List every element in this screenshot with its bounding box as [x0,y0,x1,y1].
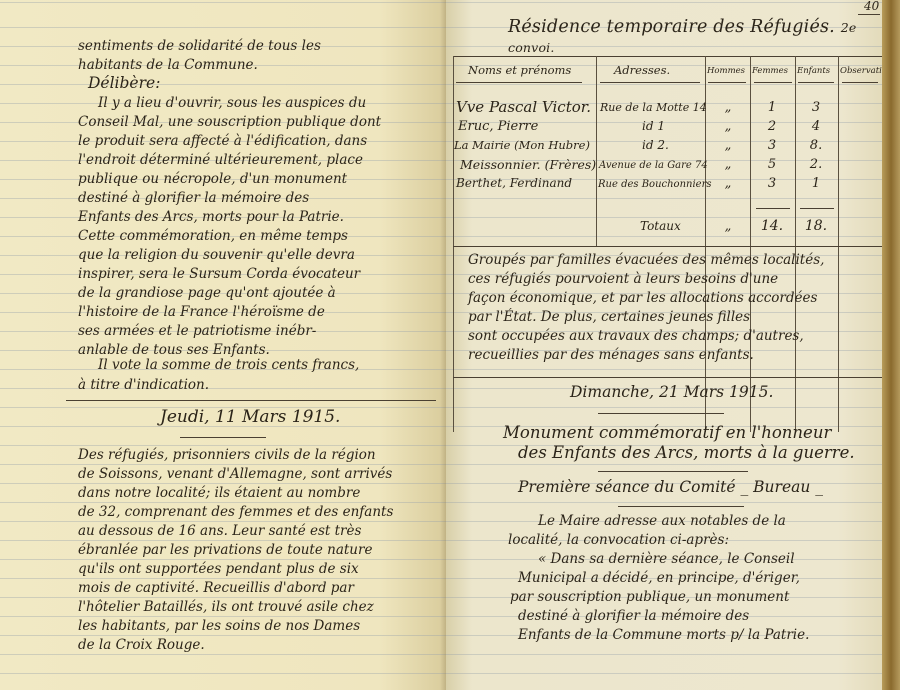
table-bottom-rule [453,246,882,247]
text-line: ébranlée par les privations de toute nat… [78,541,372,560]
page-number-underline [858,14,880,15]
text-line: Enfants des Arcs, morts pour la Patrie. [78,208,344,227]
text-line: l'hôtelier Bataillés, ils ont trouvé asi… [78,598,374,617]
text-line: Cette commémoration, en même temps [78,227,348,246]
text-line: Conseil Mal, une souscription publique d… [78,113,381,132]
right-page: 40 Résidence temporaire des Réfugiés. 2e… [446,0,882,690]
date-heading: Jeudi, 11 Mars 1915. [160,407,340,427]
text-line: de la Croix Rouge. [78,636,205,655]
header-underline [754,82,792,83]
text-line: de 32, comprenant des femmes et des enfa… [78,503,393,522]
table-top-rule [453,56,882,57]
header-underline [600,82,700,83]
column-divider [750,56,751,432]
cell-address: Avenue de la Gare 74 [599,156,708,175]
book-edge [882,0,900,690]
deliberation-heading: Délibère: [88,74,160,93]
text-line: l'endroit déterminé ultérieurement, plac… [78,151,363,170]
text-line: à titre d'indication. [78,376,209,395]
header-underline [708,82,746,83]
cell-address: Rue de la Motte 14 [600,98,707,117]
cell-name: Berthet, Ferdinand [456,174,572,193]
text-line: destiné à glorifier la mémoire des [78,189,309,208]
text-line: dans notre localité; ils étaient au nomb… [78,484,360,503]
cell-children: 3 [796,98,836,117]
text-line: l'histoire de la France l'héroïsme de [78,303,325,322]
text-line: Il vote la somme de trois cents francs, [98,356,359,375]
text-line: que la religion du souvenir qu'elle devr… [78,246,355,265]
column-divider [596,56,597,246]
cell-women: 5 [752,155,792,174]
subsection-underline [618,506,744,507]
cell-address: id 2. [642,136,669,155]
text-line: par souscription publique, un monument [510,588,789,607]
text-line: Le Maire adresse aux notables de la [538,512,786,531]
cell-men: „ [708,155,748,174]
column-header-addresses: Adresses. [614,63,670,77]
column-header-names: Noms et prénoms [468,63,571,77]
cell-address: id 1 [642,117,665,136]
text-line: les habitants, par les soins de nos Dame… [78,617,360,636]
total-men: „ [708,217,748,236]
text-line: habitants de la Commune. [78,56,258,75]
text-line: le produit sera affecté à l'édification,… [78,132,367,151]
total-children: 18. [796,217,836,236]
section-title-line: des Enfants des Arcs, morts à la guerre. [518,443,855,462]
column-header-women: Femmes [752,66,788,76]
table-left-border [453,56,454,432]
text-line: ses armées et le patriotisme inébr- [78,322,316,341]
text-line: destiné à glorifier la mémoire des [518,607,749,626]
cell-name: Vve Pascal Victor. [456,98,591,117]
page-title: Résidence temporaire des Réfugiés. 2e co… [508,17,882,57]
text-line: Enfants de la Commune morts p/ la Patrie… [518,626,809,645]
cell-address: Rue des Bouchonniers [598,175,711,194]
text-line: inspirer, sera le Sursum Corda évocateur [78,265,360,284]
cell-men: „ [708,136,748,155]
cell-name: Eruc, Pierre [458,117,538,136]
text-line: sentiments de solidarité de tous les [78,37,321,56]
sum-line [756,208,790,209]
cell-children: 2. [796,155,836,174]
text-line: par l'État. De plus, certaines jeunes fi… [468,308,750,327]
date-underline [598,413,724,414]
date-heading: Dimanche, 21 Mars 1915. [570,383,773,401]
cell-name: Meissonnier. (Frères) [460,155,596,174]
section-divider [66,400,436,401]
sum-line [800,208,834,209]
text-line: sont occupées aux travaux des champs; d'… [468,327,804,346]
text-line: « Dans sa dernière séance, le Conseil [538,550,795,569]
totals-label: Totaux [640,217,681,236]
text-line: Il y a lieu d'ouvrir, sous les auspices … [98,94,366,113]
cell-name: La Mairie (Mon Hubre) [454,136,590,155]
cell-men: „ [708,98,748,117]
text-line: mois de captivité. Recueillis d'abord pa… [78,579,354,598]
header-underline [456,82,582,83]
total-women: 14. [752,217,792,236]
cell-women: 3 [752,174,792,193]
text-line: façon économique, et par les allocations… [468,289,817,308]
column-divider [838,56,839,432]
header-underline [798,82,834,83]
cell-children: 1 [796,174,836,193]
left-page: sentiments de solidarité de tous les hab… [0,0,446,690]
cell-women: 1 [752,98,792,117]
header-underline [842,82,878,83]
text-line: publique ou nécropole, d'un monument [78,170,347,189]
column-header-observations: Observations [840,66,882,76]
text-line: localité, la convocation ci-après: [508,531,729,550]
remarks-bottom-rule [453,377,882,378]
title-text: Résidence temporaire des Réfugiés. [508,17,835,37]
cell-men: „ [708,117,748,136]
text-line: de la grandiose page qu'ont ajoutée à [78,284,336,303]
page-number: 40 [864,0,879,13]
column-header-children: Enfants [797,66,830,76]
cell-women: 2 [752,117,792,136]
section-title-line: Monument commémoratif en l'honneur [503,423,831,442]
text-line: recueillies par des ménages sans enfants… [468,346,754,365]
text-line: Municipal a décidé, en principe, d'érige… [518,569,800,588]
cell-women: 3 [752,136,792,155]
title-underline [598,471,748,472]
column-header-men: Hommes [707,66,745,76]
date-underline [180,437,266,438]
cell-children: 4 [796,117,836,136]
subsection-title: Première séance du Comité _ Bureau _ [518,478,823,496]
text-line: de Soissons, venant d'Allemagne, sont ar… [78,465,392,484]
text-line: au dessous de 16 ans. Leur santé est trè… [78,522,361,541]
text-line: qu'ils ont supportées pendant plus de si… [78,560,359,579]
cell-men: „ [708,174,748,193]
text-line: ces réfugiés pourvoient à leurs besoins … [468,270,778,289]
text-line: Des réfugiés, prisonniers civils de la r… [78,446,376,465]
cell-children: 8. [796,136,836,155]
text-line: Groupés par familles évacuées des mêmes … [468,251,824,270]
